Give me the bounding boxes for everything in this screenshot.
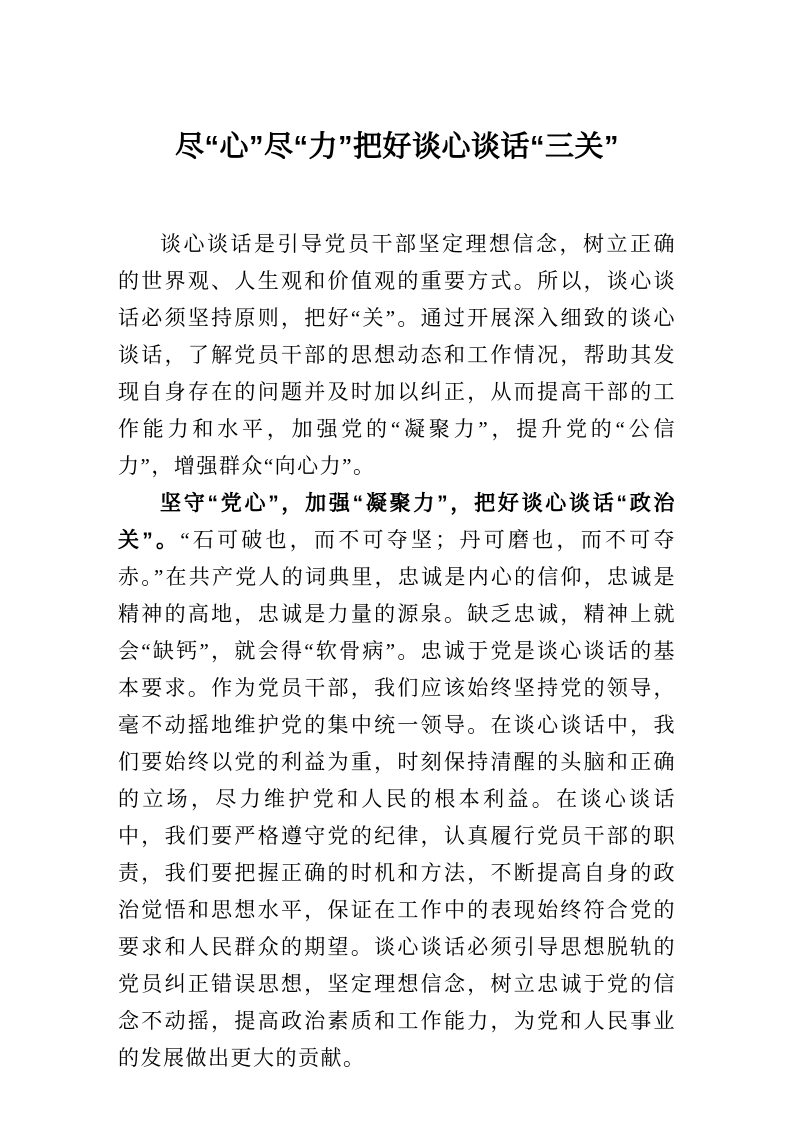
document-page: 尽“心”尽“力”把好谈心谈话“三关” 谈心谈话是引导党员干部坚定理想信念，树立正…: [0, 0, 793, 1122]
paragraph-intro: 谈心谈话是引导党员干部坚定理想信念，树立正确的世界观、人生观和价值观的重要方式。…: [118, 226, 676, 485]
paragraph-political-gate: 坚守“党心”，加强“凝聚力”，把好谈心谈话“政治关”。“石可破也，而不可夺坚；丹…: [118, 485, 676, 1077]
document-title: 尽“心”尽“力”把好谈心谈话“三关”: [118, 128, 676, 166]
document-body: 谈心谈话是引导党员干部坚定理想信念，树立正确的世界观、人生观和价值观的重要方式。…: [118, 226, 676, 1077]
paragraph-intro-text: 谈心谈话是引导党员干部坚定理想信念，树立正确的世界观、人生观和价值观的重要方式。…: [118, 232, 676, 478]
paragraph-political-gate-text: “石可破也，而不可夺坚；丹可磨也，而不可夺赤。”在共产党人的词典里，忠诚是内心的…: [118, 528, 676, 1070]
